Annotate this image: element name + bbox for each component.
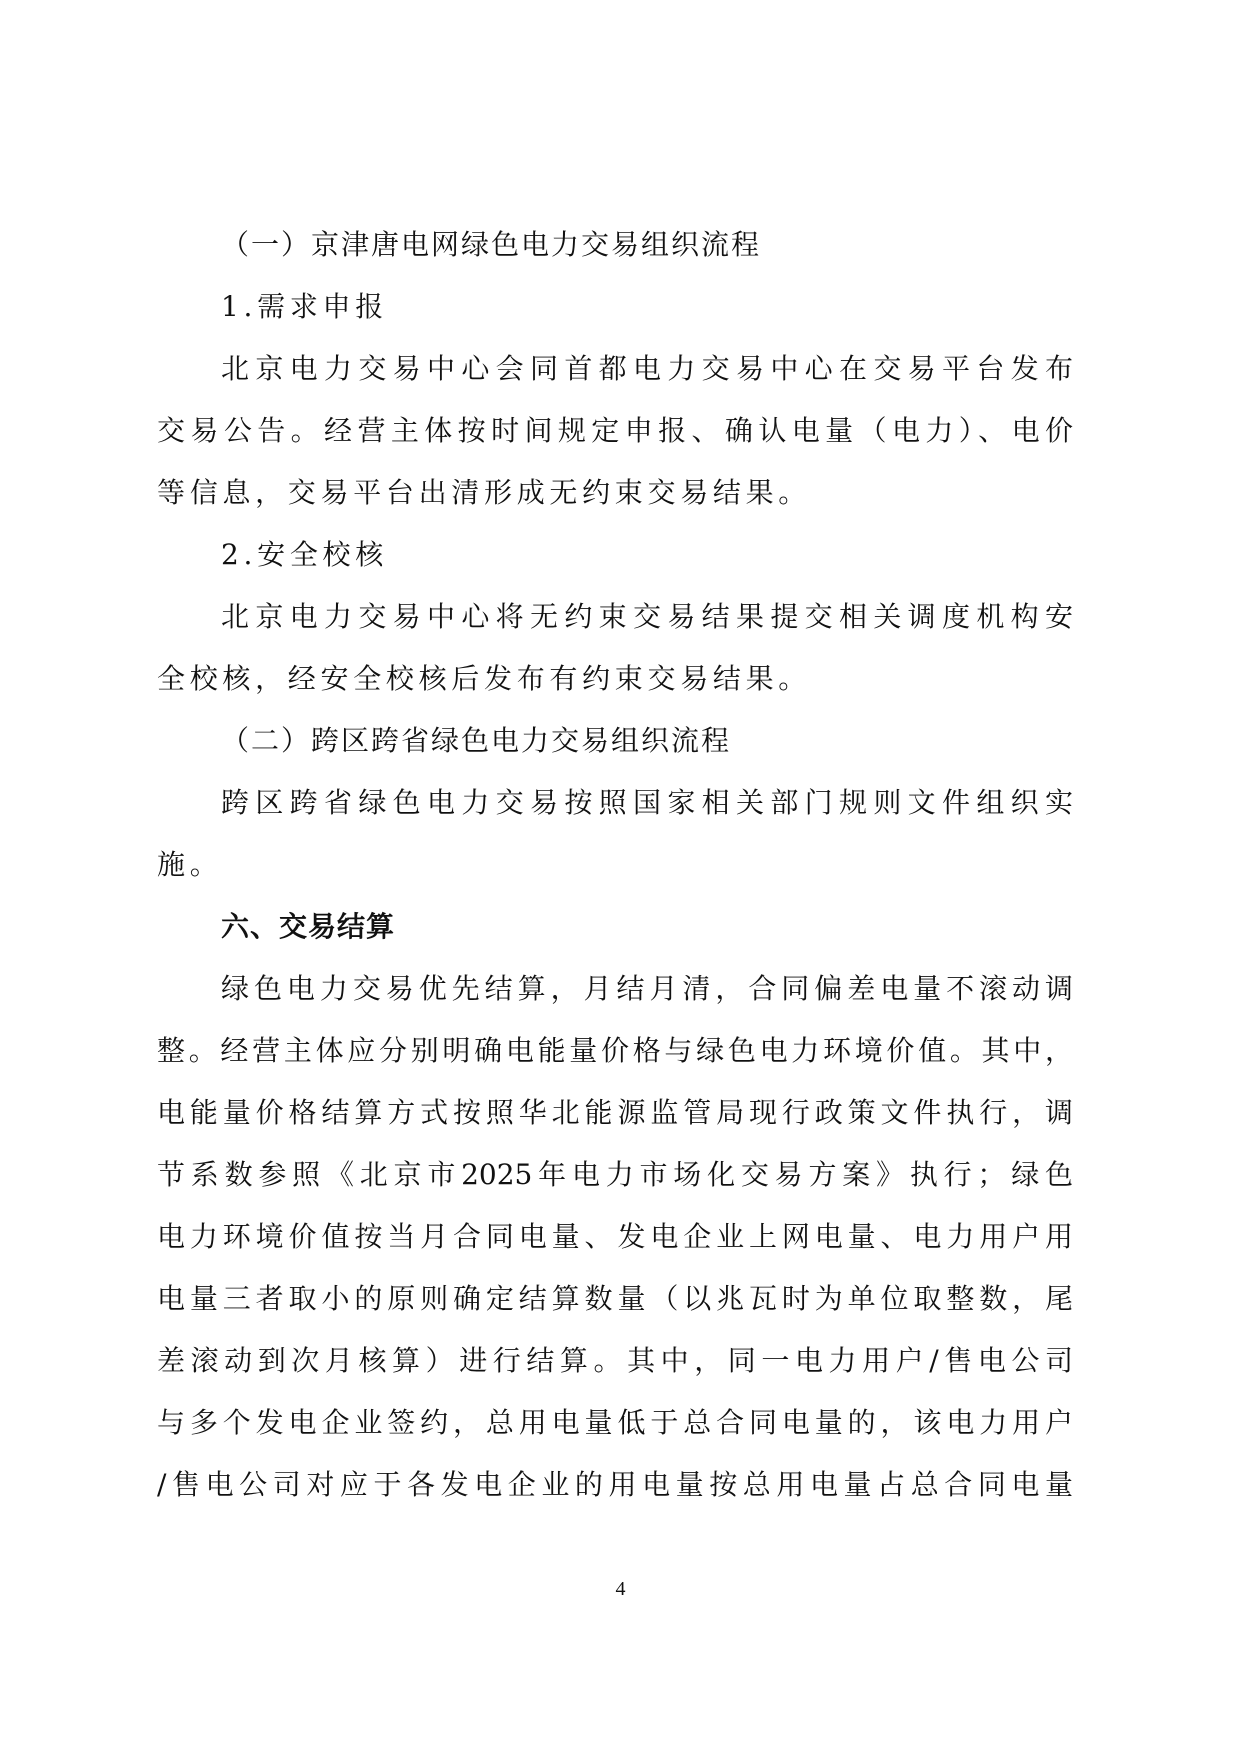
paragraph-cross-region: 跨区跨省绿色电力交易按照国家相关部门规则文件组织实 施。 — [157, 772, 1073, 896]
paragraph-line: 差滚动到次月核算）进行结算。其中，同一电力用户/售电公司 — [157, 1330, 1073, 1392]
paragraph-line: 等信息，交易平台出清形成无约束交易结果。 — [157, 462, 1073, 524]
paragraph-line: /售电公司对应于各发电企业的用电量按总用电量占总合同电量 — [157, 1454, 1073, 1516]
subheading-jingjintang-process: （一）京津唐电网绿色电力交易组织流程 — [157, 214, 1073, 276]
item-title-security-check: 2.安全校核 — [157, 524, 1073, 586]
paragraph-settlement: 绿色电力交易优先结算，月结月清，合同偏差电量不滚动调 整。经营主体应分别明确电能… — [157, 958, 1073, 1516]
item-title-demand-declaration: 1.需求申报 — [157, 276, 1073, 338]
paragraph-line: 全校核，经安全校核后发布有约束交易结果。 — [157, 648, 1073, 710]
paragraph-line: 北京电力交易中心会同首都电力交易中心在交易平台发布 — [157, 338, 1073, 400]
paragraph-line: 电力环境价值按当月合同电量、发电企业上网电量、电力用户用 — [157, 1206, 1073, 1268]
subheading-cross-region-process: （二）跨区跨省绿色电力交易组织流程 — [157, 710, 1073, 772]
section-heading-settlement: 六、交易结算 — [157, 896, 1073, 958]
paragraph-line: 交易公告。经营主体按时间规定申报、确认电量（电力）、电价 — [157, 400, 1073, 462]
paragraph-line: 北京电力交易中心将无约束交易结果提交相关调度机构安 — [157, 586, 1073, 648]
paragraph-line: 施。 — [157, 834, 1073, 896]
paragraph-line: 与多个发电企业签约，总用电量低于总合同电量的，该电力用户 — [157, 1392, 1073, 1454]
paragraph-line: 节系数参照《北京市2025年电力市场化交易方案》执行；绿色 — [157, 1144, 1073, 1206]
page-number: 4 — [0, 1578, 1241, 1601]
paragraph-line: 整。经营主体应分别明确电能量价格与绿色电力环境价值。其中， — [157, 1020, 1073, 1082]
paragraph-line: 电能量价格结算方式按照华北能源监管局现行政策文件执行，调 — [157, 1082, 1073, 1144]
paragraph-security-check: 北京电力交易中心将无约束交易结果提交相关调度机构安 全校核，经安全校核后发布有约… — [157, 586, 1073, 710]
paragraph-line: 跨区跨省绿色电力交易按照国家相关部门规则文件组织实 — [157, 772, 1073, 834]
document-body: （一）京津唐电网绿色电力交易组织流程 1.需求申报 北京电力交易中心会同首都电力… — [157, 214, 1073, 1516]
paragraph-demand-declaration: 北京电力交易中心会同首都电力交易中心在交易平台发布 交易公告。经营主体按时间规定… — [157, 338, 1073, 524]
paragraph-line: 绿色电力交易优先结算，月结月清，合同偏差电量不滚动调 — [157, 958, 1073, 1020]
paragraph-line: 电量三者取小的原则确定结算数量（以兆瓦时为单位取整数，尾 — [157, 1268, 1073, 1330]
